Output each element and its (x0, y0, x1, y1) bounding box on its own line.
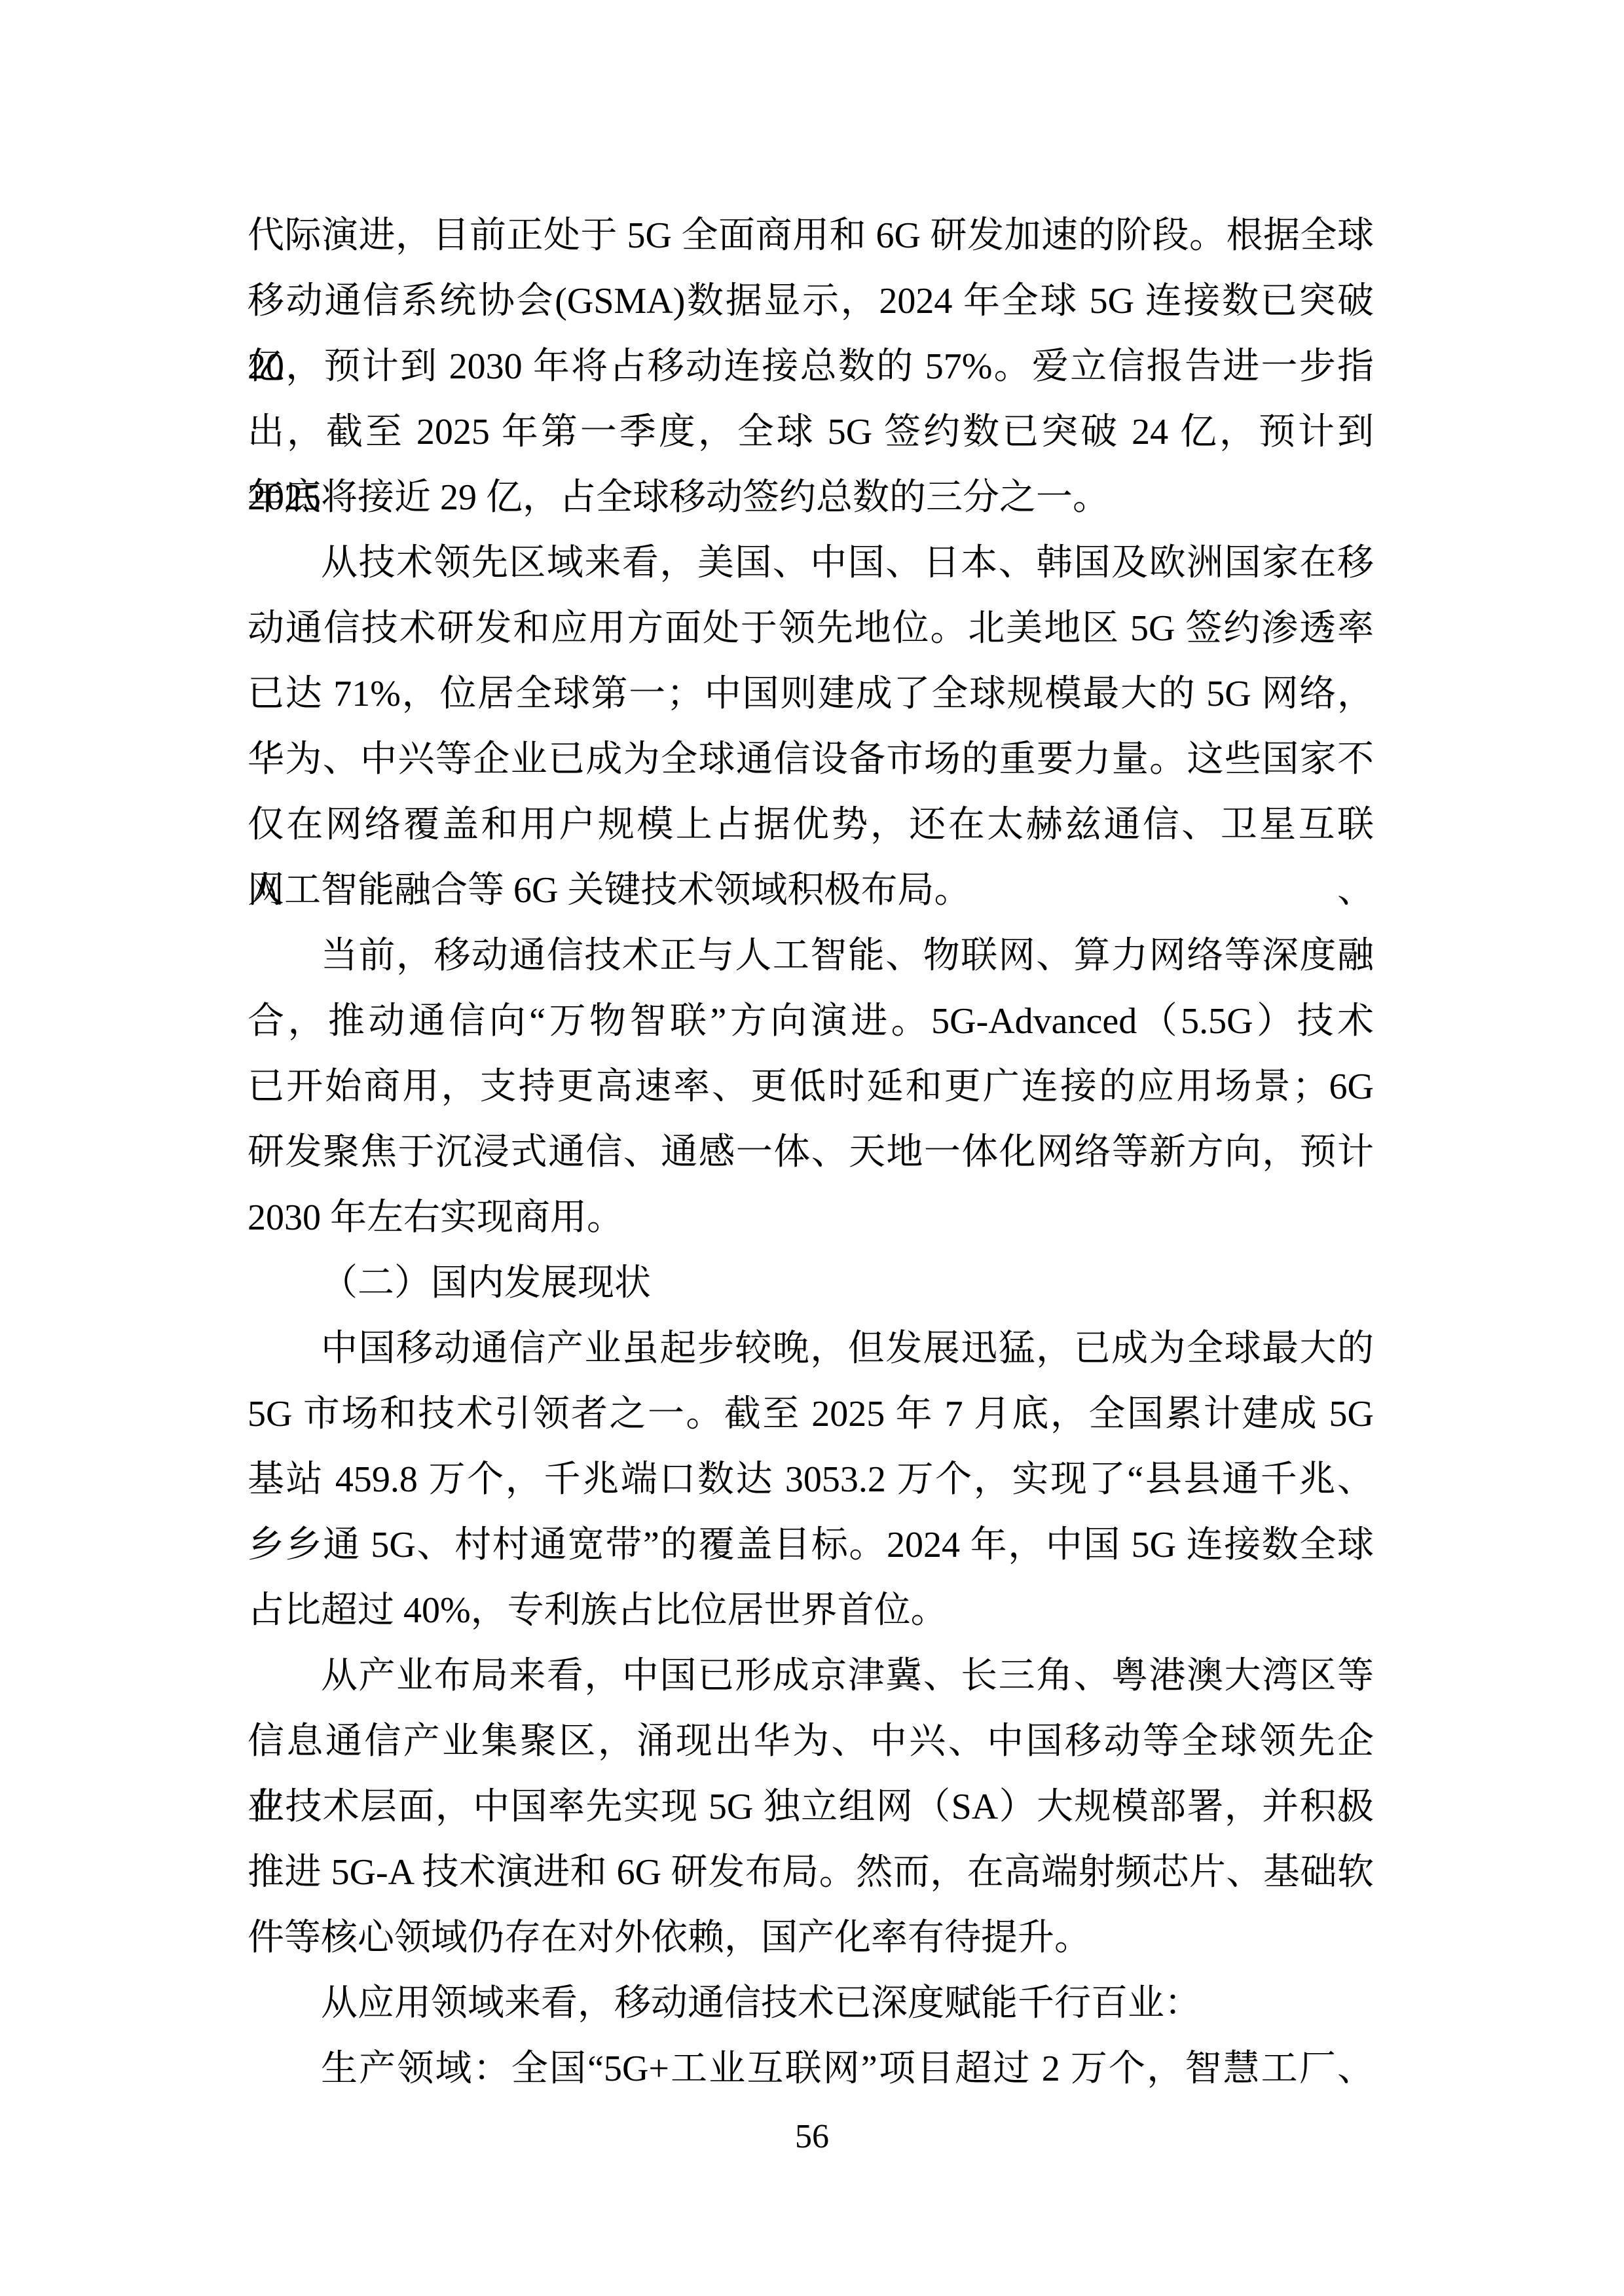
text-line: 已达 71%，位居全球第一；中国则建成了全球规模最大的 5G 网络， (248, 661, 1374, 727)
text-line: 研发聚焦于沉浸式通信、通感一体、天地一体化网络等新方向，预计 (248, 1120, 1374, 1185)
text-line: 代际演进，目前正处于 5G 全面商用和 6G 研发加速的阶段。根据全球 (248, 203, 1374, 268)
text-line: 从应用领域来看，移动通信技术已深度赋能千行百业： (248, 1971, 1374, 2036)
text-line: 推进 5G-A 技术演进和 6G 研发布局。然而，在高端射频芯片、基础软 (248, 1840, 1374, 1905)
text-line: 在技术层面，中国率先实现 5G 独立组网（SA）大规模部署，并积极 (248, 1774, 1374, 1840)
text-line: 合，推动通信向“万物智联”方向演进。5G-Advanced（5.5G）技术 (248, 989, 1374, 1054)
text-line: 亿，预计到 2030 年将占移动连接总数的 57%。爱立信报告进一步指 (248, 334, 1374, 399)
text-line: 中国移动通信产业虽起步较晚，但发展迅猛，已成为全球最大的 (248, 1316, 1374, 1381)
text-line: 乡乡通 5G、村村通宽带”的覆盖目标。2024 年，中国 5G 连接数全球 (248, 1512, 1374, 1578)
body-text: 代际演进，目前正处于 5G 全面商用和 6G 研发加速的阶段。根据全球移动通信系… (248, 203, 1374, 2102)
text-line: 从技术领先区域来看，美国、中国、日本、韩国及欧洲国家在移 (248, 530, 1374, 596)
text-line: 出，截至 2025 年第一季度，全球 5G 签约数已突破 24 亿，预计到 20… (248, 399, 1374, 465)
text-line: 信息通信产业集聚区，涌现出华为、中兴、中国移动等全球领先企业。 (248, 1709, 1374, 1774)
text-line: 动通信技术研发和应用方面处于领先地位。北美地区 5G 签约渗透率 (248, 596, 1374, 661)
text-line: 仅在网络覆盖和用户规模上占据优势，还在太赫兹通信、卫星互联网、 (248, 792, 1374, 858)
document-page: 代际演进，目前正处于 5G 全面商用和 6G 研发加速的阶段。根据全球移动通信系… (0, 0, 1624, 2296)
text-line: 件等核心领域仍存在对外依赖，国产化率有待提升。 (248, 1905, 1374, 1971)
text-line: 5G 市场和技术引领者之一。截至 2025 年 7 月底，全国累计建成 5G (248, 1381, 1374, 1447)
text-line: 生产领域：全国“5G+工业互联网”项目超过 2 万个，智慧工厂、 (248, 2036, 1374, 2102)
text-line: 从产业布局来看，中国已形成京津冀、长三角、粤港澳大湾区等 (248, 1643, 1374, 1709)
text-line: 占比超过 40%，专利族占比位居世界首位。 (248, 1578, 1374, 1643)
text-line: 年底将接近 29 亿，占全球移动签约总数的三分之一。 (248, 465, 1374, 530)
text-line: （二）国内发展现状 (248, 1250, 1374, 1316)
text-line: 当前，移动通信技术正与人工智能、物联网、算力网络等深度融 (248, 923, 1374, 989)
text-line: 2030 年左右实现商用。 (248, 1185, 1374, 1250)
text-line: 移动通信系统协会(GSMA)数据显示，2024 年全球 5G 连接数已突破 20 (248, 268, 1374, 334)
text-line: 已开始商用，支持更高速率、更低时延和更广连接的应用场景；6G (248, 1054, 1374, 1120)
text-line: 华为、中兴等企业已成为全球通信设备市场的重要力量。这些国家不 (248, 727, 1374, 792)
page-number: 56 (0, 2117, 1624, 2157)
text-line: 基站 459.8 万个，千兆端口数达 3053.2 万个，实现了“县县通千兆、 (248, 1447, 1374, 1512)
